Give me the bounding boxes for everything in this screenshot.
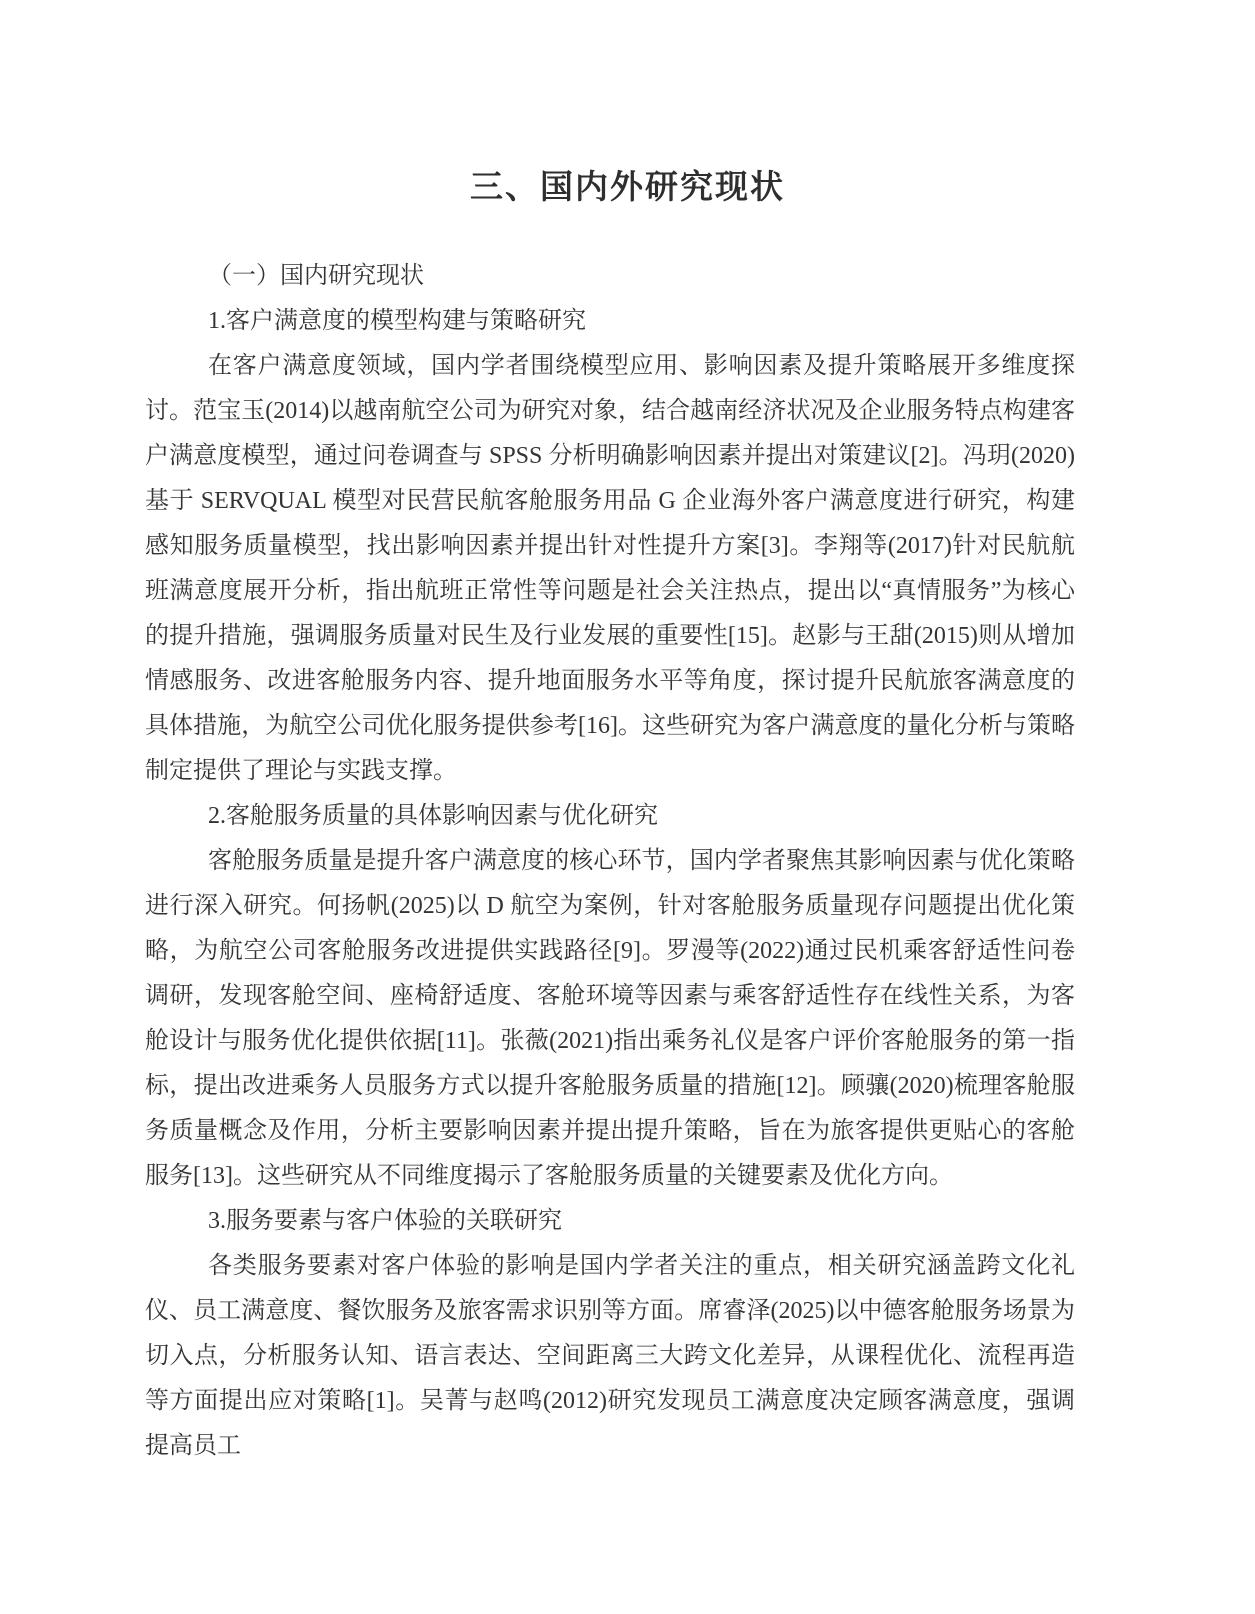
document-body: （一）国内研究现状 1.客户满意度的模型构建与策略研究 在客户满意度领域，国内学… <box>145 254 1075 1469</box>
subsection-cabin-service-quality: 2.客舱服务质量的具体影响因素与优化研究 客舱服务质量是提升客户满意度的核心环节… <box>145 794 1075 1199</box>
subsection-service-elements-experience: 3.服务要素与客户体验的关联研究 各类服务要素对客户体验的影响是国内学者关注的重… <box>145 1199 1075 1469</box>
paragraph-1: 在客户满意度领域，国内学者围绕模型应用、影响因素及提升策略展开多维度探讨。范宝玉… <box>145 344 1075 794</box>
subsection-customer-satisfaction-models: 1.客户满意度的模型构建与策略研究 在客户满意度领域，国内学者围绕模型应用、影响… <box>145 299 1075 794</box>
document-title: 三、国内外研究现状 <box>0 0 1255 212</box>
paragraph-3: 各类服务要素对客户体验的影响是国内学者关注的重点，相关研究涵盖跨文化礼仪、员工满… <box>145 1244 1075 1469</box>
paragraph-2: 客舱服务质量是提升客户满意度的核心环节，国内学者聚焦其影响因素与优化策略进行深入… <box>145 839 1075 1199</box>
subsection-heading-2: 2.客舱服务质量的具体影响因素与优化研究 <box>145 794 1075 839</box>
section-heading-domestic-research: （一）国内研究现状 <box>145 254 1075 299</box>
subsection-heading-3: 3.服务要素与客户体验的关联研究 <box>145 1199 1075 1244</box>
subsection-heading-1: 1.客户满意度的模型构建与策略研究 <box>145 299 1075 344</box>
document-page: 三、国内外研究现状 （一）国内研究现状 1.客户满意度的模型构建与策略研究 在客… <box>0 0 1255 1614</box>
